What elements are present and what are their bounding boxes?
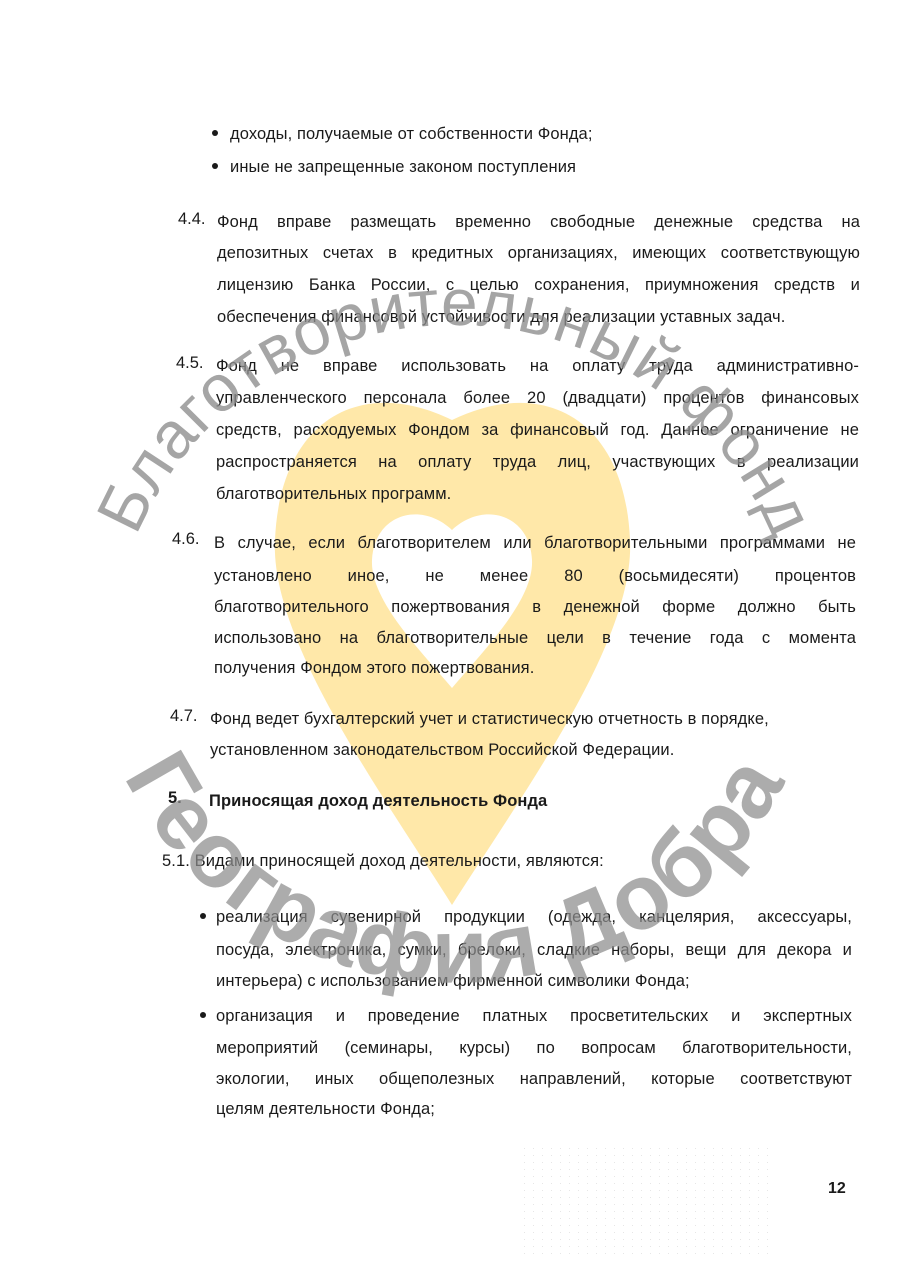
clause-line: распространяется на оплату труда лиц, уч… <box>216 452 859 472</box>
clause-line: Фонд вправе размещать временно свободные… <box>217 212 860 232</box>
clause-line: благотворительных программ. <box>216 484 451 504</box>
clause-line: Фонд не вправе использовать на оплату тр… <box>216 356 859 376</box>
clause-number: 4.6. <box>172 529 200 549</box>
clause-line: управленческого персонала более 20 (двад… <box>216 388 859 408</box>
clause-line: лицензию Банка России, с целью сохранени… <box>217 275 860 295</box>
bullet-line: мероприятий (семинары, курсы) по вопроса… <box>216 1038 852 1058</box>
clause-number: 5.1. <box>162 852 190 870</box>
clause-line: установленном законодательством Российск… <box>210 740 674 760</box>
bullet-line: организация и проведение платных просвет… <box>216 1006 852 1026</box>
bullet-item: доходы, получаемые от собственности Фонд… <box>230 124 593 144</box>
clause-line: депозитных счетах в кредитных организаци… <box>217 243 860 263</box>
page-number: 12 <box>828 1180 846 1198</box>
clause-line: средств, расходуемых Фондом за финансовы… <box>216 420 859 440</box>
clause-line: благотворительного пожертвования в денеж… <box>214 597 856 617</box>
clause-line: получения Фондом этого пожертвования. <box>214 658 534 678</box>
bullet-line: экологии, иных общеполезных направлений,… <box>216 1069 852 1089</box>
document-body: доходы, получаемые от собственности Фонд… <box>0 0 905 1280</box>
section-number: 5. <box>168 788 182 808</box>
clause-number: 4.7. <box>170 706 198 726</box>
bullet-icon <box>200 1012 206 1018</box>
bullet-line: реализация сувенирной продукции (одежда,… <box>216 907 852 927</box>
clause-line: Фонд ведет бухгалтерский учет и статисти… <box>210 709 769 729</box>
scan-artifact <box>520 1145 775 1255</box>
clause-line: использовано на благотворительные цели в… <box>214 628 856 648</box>
clause-line: обеспечения финансовой устойчивости для … <box>217 307 785 327</box>
bullet-item: иные не запрещенные законом поступления <box>230 157 576 177</box>
document-page: доходы, получаемые от собственности Фонд… <box>0 0 905 1280</box>
clause-number: 4.5. <box>176 353 204 373</box>
clause-line: 5.1. Видами приносящей доход деятельност… <box>162 851 604 871</box>
bullet-icon <box>212 163 218 169</box>
clause-line: установлено иное, не менее 80 (восьмидес… <box>214 566 856 586</box>
clause-number: 4.4. <box>178 209 206 229</box>
clause-line: В случае, если благотворителем или благо… <box>214 533 856 553</box>
clause-text: Видами приносящей доход деятельности, яв… <box>195 852 604 870</box>
bullet-line: интерьера) с использованием фирменной си… <box>216 971 690 991</box>
section-title: Приносящая доход деятельность Фонда <box>209 791 547 811</box>
bullet-icon <box>200 913 206 919</box>
bullet-line: целям деятельности Фонда; <box>216 1099 435 1119</box>
bullet-line: посуда, электроника, сумки, брелоки, сла… <box>216 940 852 960</box>
bullet-icon <box>212 130 218 136</box>
